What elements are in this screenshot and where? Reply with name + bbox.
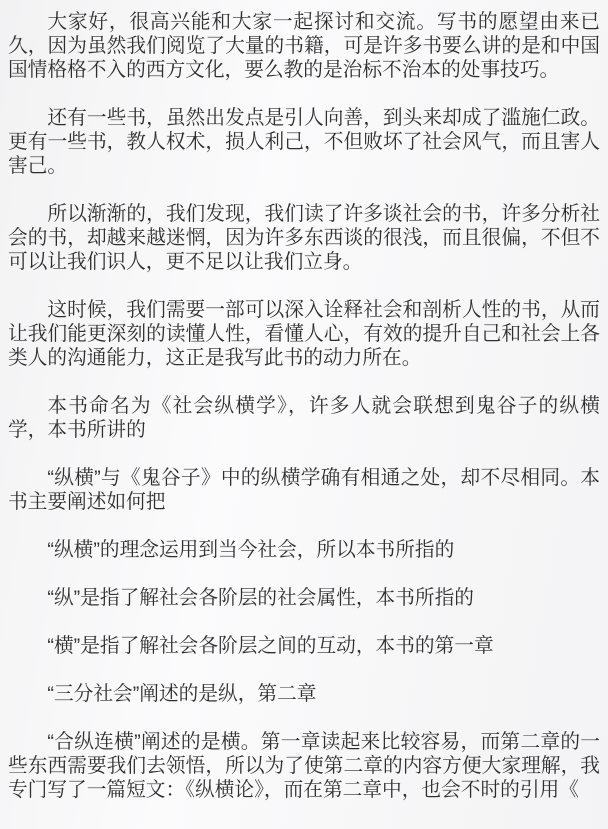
paragraph-zongheng-concept: “纵横”的理念运用到当今社会，所以本书所指的	[8, 538, 600, 562]
paragraph-other-books: 还有一些书，虽然出发点是引人向善，到头来却成了滥施仁政。更有一些书，教人权术，损…	[8, 106, 600, 178]
paragraph-zong-definition: “纵”是指了解社会各阶层的社会属性，本书所指的	[8, 586, 600, 610]
paragraph-intro-greeting: 大家好，很高兴能和大家一起探讨和交流。写书的愿望由来已久，因为虽然我们阅览了大量…	[8, 10, 600, 82]
paragraph-heng-definition: “横”是指了解社会各阶层之间的互动，本书的第一章	[8, 634, 600, 658]
document-page: 大家好，很高兴能和大家一起探讨和交流。写书的愿望由来已久，因为虽然我们阅览了大量…	[0, 0, 608, 829]
paragraph-zongheng-vs-guiguzi: “纵横”与《鬼谷子》中的纵横学确有相通之处，却不尽相同。本书主要阐述如何把	[8, 466, 600, 514]
paragraph-book-title: 本书命名为《社会纵横学》，许多人就会联想到鬼谷子的纵横学，本书所讲的	[8, 394, 600, 442]
paragraph-chapter-one: “三分社会”阐述的是纵，第二章	[8, 682, 600, 706]
paragraph-gradual-discovery: 所以渐渐的，我们发现，我们读了许多谈社会的书，许多分析社会的书，却越来越迷惘，因…	[8, 202, 600, 274]
paragraph-chapter-two: “合纵连横”阐述的是横。第一章读起来比较容易，而第二章的一些东西需要我们去领悟，…	[8, 730, 600, 802]
paragraph-motivation: 这时候，我们需要一部可以深入诠释社会和剖析人性的书，从而让我们能更深刻的读懂人性…	[8, 298, 600, 370]
